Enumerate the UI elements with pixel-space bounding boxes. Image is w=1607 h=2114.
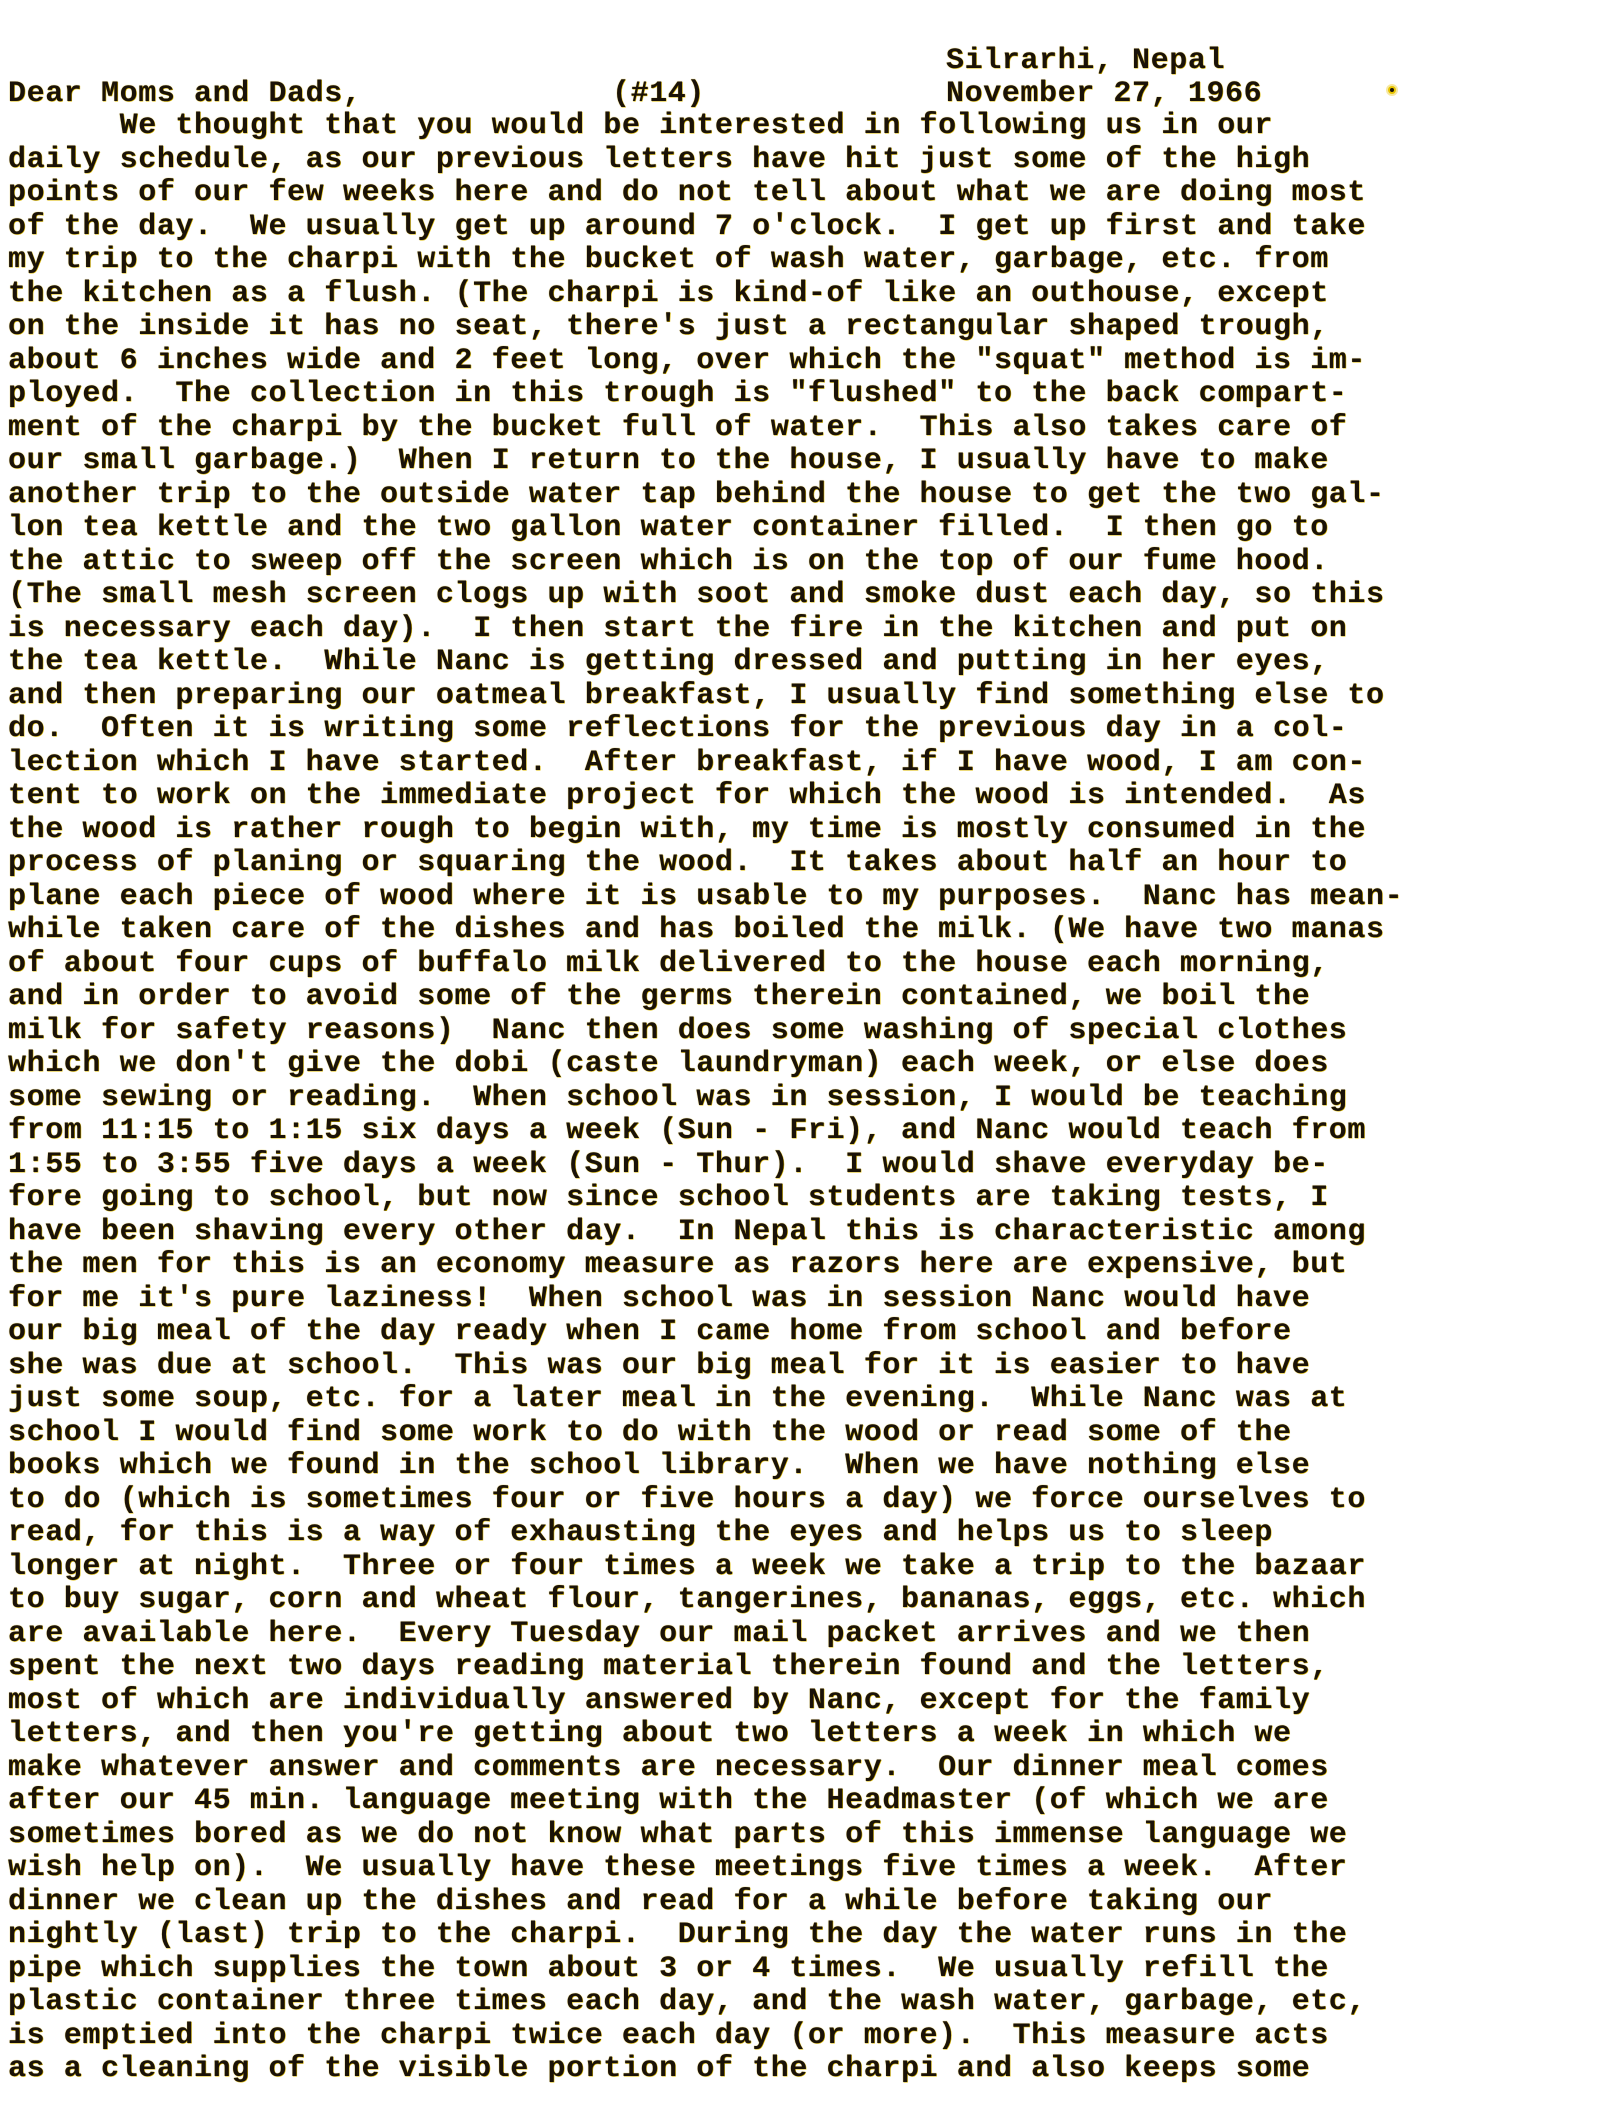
letter-line: 1:55 to 3:55 five days a week (Sun - Thu… xyxy=(8,1149,1403,1183)
letter-line: plane each piece of wood where it is usa… xyxy=(8,881,1403,915)
letter-line: while taken care of the dishes and has b… xyxy=(8,914,1403,948)
letter-line: milk for safety reasons) Nanc then does … xyxy=(8,1015,1403,1049)
letter-line: process of planing or squaring the wood.… xyxy=(8,847,1403,881)
letter-line: some sewing or reading. When school was … xyxy=(8,1082,1403,1116)
letter-line: longer at night. Three or four times a w… xyxy=(8,1551,1403,1585)
letter-line: fore going to school, but now since scho… xyxy=(8,1182,1403,1216)
letter-line: pipe which supplies the town about 3 or … xyxy=(8,1953,1403,1987)
letter-line: nightly (last) trip to the charpi. Durin… xyxy=(8,1919,1403,1953)
letter-salutation: Dear Moms and Dads, xyxy=(8,77,361,111)
letter-line: my trip to the charpi with the bucket of… xyxy=(8,244,1403,278)
letter-line: points of our few weeks here and do not … xyxy=(8,177,1403,211)
letter-line: make whatever answer and comments are ne… xyxy=(8,1752,1403,1786)
letter-line: about 6 inches wide and 2 feet long, ove… xyxy=(8,345,1403,379)
letter-line: books which we found in the school libra… xyxy=(8,1450,1403,1484)
letter-line: plastic container three times each day, … xyxy=(8,1986,1403,2020)
letter-page: Silrarhi, Nepal Dear Moms and Dads, (#14… xyxy=(0,0,1607,2114)
letter-line: wish help on). We usually have these mee… xyxy=(8,1852,1403,1886)
letter-line: the kitchen as a flush. (The charpi is k… xyxy=(8,278,1403,312)
letter-line: lection which I have started. After brea… xyxy=(8,747,1403,781)
letter-line: to do (which is sometimes four or five h… xyxy=(8,1484,1403,1518)
letter-line: do. Often it is writing some reflections… xyxy=(8,713,1403,747)
letter-line: the tea kettle. While Nanc is getting dr… xyxy=(8,646,1403,680)
letter-line: the attic to sweep off the screen which … xyxy=(8,546,1403,580)
letter-line: our big meal of the day ready when I cam… xyxy=(8,1316,1403,1350)
letter-line: from 11:15 to 1:15 six days a week (Sun … xyxy=(8,1115,1403,1149)
letter-line: and in order to avoid some of the germs … xyxy=(8,981,1403,1015)
letter-date: November 27, 1966 xyxy=(946,77,1262,111)
letter-line: sometimes bored as we do not know what p… xyxy=(8,1819,1403,1853)
letter-line: the wood is rather rough to begin with, … xyxy=(8,814,1403,848)
letter-body: We thought that you would be interested … xyxy=(8,110,1403,2087)
letter-line: is emptied into the charpi twice each da… xyxy=(8,2020,1403,2054)
letter-line: letters, and then you're getting about t… xyxy=(8,1718,1403,1752)
letter-line: she was due at school. This was our big … xyxy=(8,1350,1403,1384)
letter-line: are available here. Every Tuesday our ma… xyxy=(8,1618,1403,1652)
letter-line: is necessary each day). I then start the… xyxy=(8,613,1403,647)
letter-line: as a cleaning of the visible portion of … xyxy=(8,2053,1403,2087)
letter-line: lon tea kettle and the two gallon water … xyxy=(8,512,1403,546)
letter-line: ment of the charpi by the bucket full of… xyxy=(8,412,1403,446)
letter-line: of about four cups of buffalo milk deliv… xyxy=(8,948,1403,982)
letter-line: our small garbage.) When I return to the… xyxy=(8,445,1403,479)
letter-line: the men for this is an economy measure a… xyxy=(8,1249,1403,1283)
letter-line: and then preparing our oatmeal breakfast… xyxy=(8,680,1403,714)
letter-line: which we don't give the dobi (caste laun… xyxy=(8,1048,1403,1082)
letter-line: We thought that you would be interested … xyxy=(8,110,1403,144)
letter-line: of the day. We usually get up around 7 o… xyxy=(8,211,1403,245)
letter-line: another trip to the outside water tap be… xyxy=(8,479,1403,513)
ink-spot-mark xyxy=(1388,86,1396,94)
letter-line: most of which are individually answered … xyxy=(8,1685,1403,1719)
letter-line: ployed. The collection in this trough is… xyxy=(8,378,1403,412)
letter-line: school I would find some work to do with… xyxy=(8,1417,1403,1451)
letter-line: dinner we clean up the dishes and read f… xyxy=(8,1886,1403,1920)
letter-line: for me it's pure laziness! When school w… xyxy=(8,1283,1403,1317)
letter-line: just some soup, etc. for a later meal in… xyxy=(8,1383,1403,1417)
letter-line: have been shaving every other day. In Ne… xyxy=(8,1216,1403,1250)
letter-line: tent to work on the immediate project fo… xyxy=(8,780,1403,814)
letter-line: after our 45 min. language meeting with … xyxy=(8,1785,1403,1819)
letter-line: to buy sugar, corn and wheat flour, tang… xyxy=(8,1584,1403,1618)
letter-line: on the inside it has no seat, there's ju… xyxy=(8,311,1403,345)
letter-line: (The small mesh screen clogs up with soo… xyxy=(8,579,1403,613)
letter-place: Silrarhi, Nepal xyxy=(946,44,1225,78)
letter-line: spent the next two days reading material… xyxy=(8,1651,1403,1685)
letter-number: (#14) xyxy=(612,77,705,111)
letter-line: read, for this is a way of exhausting th… xyxy=(8,1517,1403,1551)
letter-line: daily schedule, as our previous letters … xyxy=(8,144,1403,178)
